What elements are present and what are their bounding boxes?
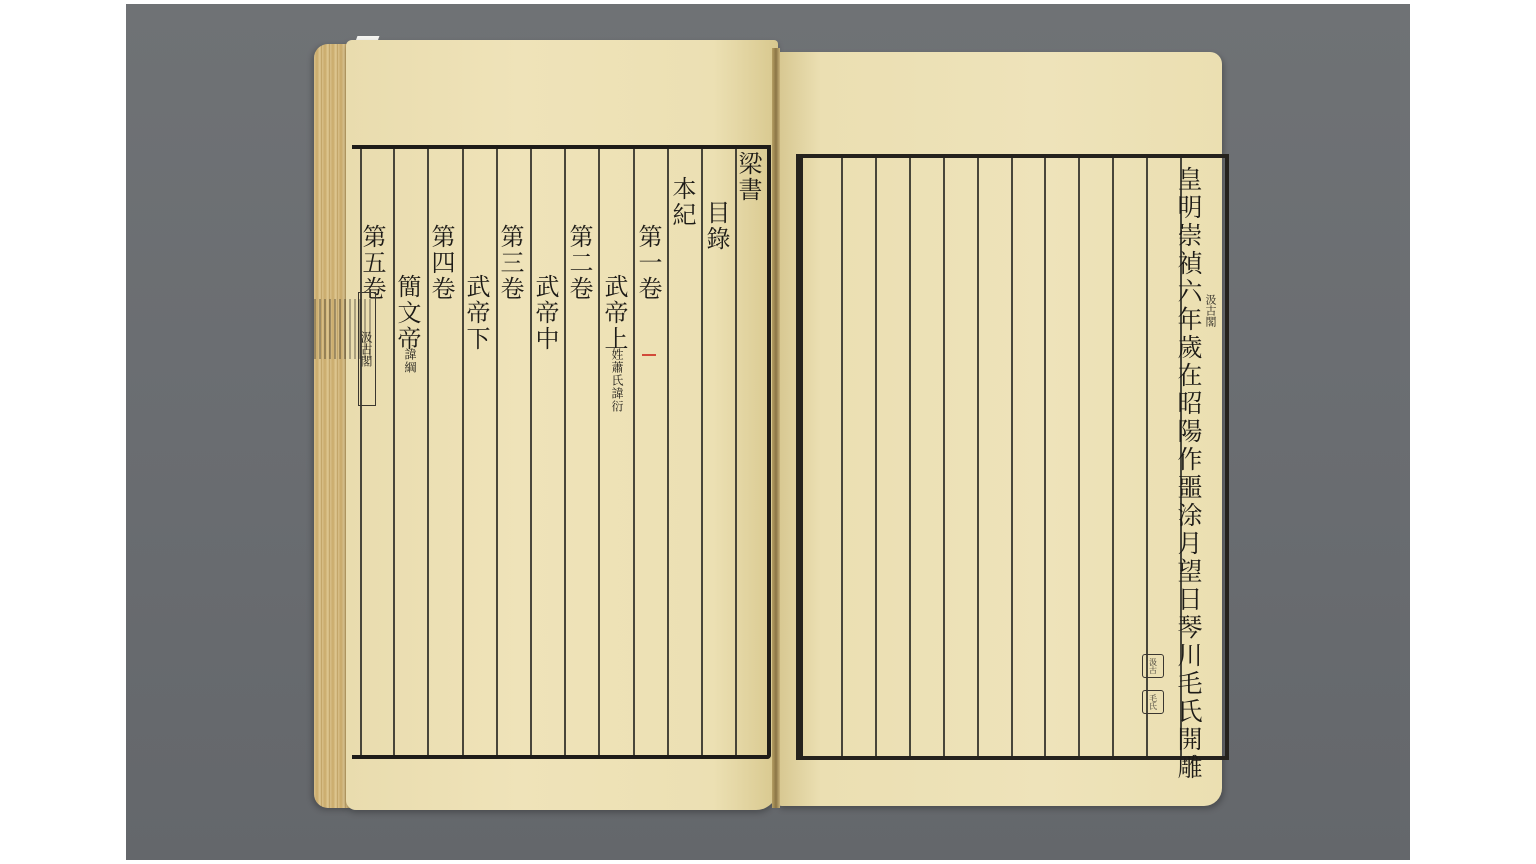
fore-edge-label: 汲古閣 — [358, 292, 376, 406]
toc-title-1: 武帝上 — [602, 274, 626, 352]
toc-title-2: 武帝中 — [533, 274, 557, 352]
toc-volume-1: 第一卷 — [636, 224, 660, 302]
red-ink-mark — [642, 354, 656, 356]
toc-volume-2: 第二卷 — [567, 224, 591, 302]
toc-volume-3: 第三卷 — [498, 224, 522, 302]
toc-note-4: 諱綱 — [404, 348, 416, 374]
toc-title-3: 武帝下 — [464, 274, 488, 352]
toc-note-1: 姓蕭氏諱衍 — [611, 348, 623, 413]
page-edge-stack — [314, 44, 350, 808]
right-page-frame — [796, 154, 1229, 760]
toc-volume-5: 第五卷 — [360, 224, 384, 302]
right-edge-slip: 汲古閣 — [1206, 294, 1218, 404]
section-heading: 目錄 — [704, 200, 728, 252]
toc-title-4: 簡文帝 — [395, 274, 419, 352]
colophon-text: 皇明崇禎六年歲在昭陽作噩涂月望日琴川毛氏開雕 — [1176, 166, 1201, 782]
book-gutter — [772, 48, 780, 808]
toc-volume-4: 第四卷 — [429, 224, 453, 302]
seal-1: 汲古 — [1142, 654, 1164, 678]
book-photograph: 梁書 目錄 本紀 第一卷 武帝上 姓蕭氏諱衍 第二卷 武帝中 第三卷 武帝下 第… — [126, 4, 1410, 860]
book-title: 梁書 — [736, 151, 760, 203]
category-heading: 本紀 — [670, 176, 694, 228]
seal-2: 毛氏 — [1142, 690, 1164, 714]
